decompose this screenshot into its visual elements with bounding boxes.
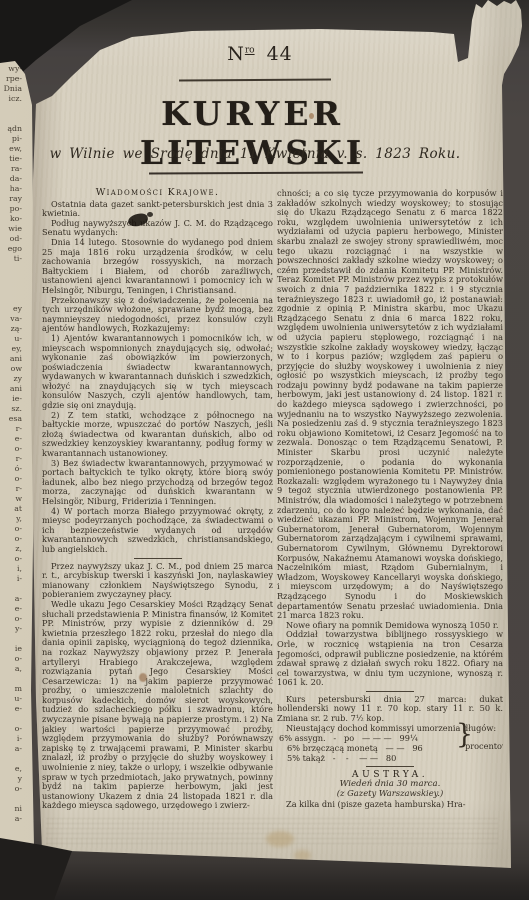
margin-fragment-line: r- (0, 484, 27, 494)
margin-fragment-line: zy (0, 374, 27, 384)
margin-fragment-line (0, 284, 27, 294)
margin-fragment-line: y, (0, 514, 27, 524)
margin-fragment-line: u- (0, 694, 27, 704)
margin-fragment-line: ow (0, 364, 27, 374)
issue-prefix: N (227, 43, 245, 65)
margin-fragment-line: ko- (0, 214, 27, 224)
margin-fragment-line: y- (0, 624, 27, 634)
margin-fragment-line: e- (0, 704, 27, 714)
margin-fragment-line: ani (0, 384, 27, 394)
right-column-part1: chności; a co się tycze przyymowania do … (277, 189, 503, 688)
margin-fragment-line: icz. (0, 94, 27, 104)
body-paragraph: Przez naywyższy ukaz J. C. M., pod dniem… (42, 562, 273, 600)
masthead-rule-bottom (149, 171, 363, 174)
margin-fragment-line: o- (0, 614, 27, 624)
margin-fragment-line: o- (0, 784, 27, 794)
margin-fragment-line: at (0, 504, 27, 514)
margin-fragment-line: ray (0, 194, 27, 204)
issue-ordinal-sup: ro (245, 46, 255, 56)
newspaper-scan: wy-rpe-Dniaicz.ądnpi-ew,tie-ra-da-ha-ray… (0, 0, 529, 900)
margin-fragment-line: Dnia (0, 84, 27, 94)
margin-fragment-line: o- (0, 474, 27, 484)
rate-line: 6% brzęczącą monetą — — 96 (279, 743, 447, 753)
margin-fragment-list: wy-rpe-Dniaicz.ądnpi-ew,tie-ra-da-ha-ray… (0, 64, 27, 834)
body-paragraph: Ostatnia data gazet sankt-petersburskich… (42, 200, 273, 219)
margin-fragment-line (0, 274, 27, 284)
margin-fragment-line: r- (0, 424, 27, 434)
margin-fragment-line: ie- (0, 394, 27, 404)
margin-fragment-line: esa (0, 414, 27, 424)
masthead-dateline: w Wilnie we Srodę dnia 11 Kwietnia v. s.… (40, 146, 470, 162)
margin-fragment-line: pi- (0, 134, 27, 144)
column-separator-rule (134, 558, 182, 559)
margin-fragment-line: zą- (0, 324, 27, 334)
margin-fragment-line: sz. (0, 404, 27, 414)
margin-fragment-line: da- (0, 174, 27, 184)
margin-fragment-line: o- (0, 554, 27, 564)
austria-source: (z Gazety Warszawskiey.) (277, 789, 503, 799)
left-column: Wiadomości Krajowe. Ostatnia data gazet … (42, 188, 273, 822)
column-separator-rule (366, 766, 414, 767)
margin-fragment-line: o- (0, 724, 27, 734)
margin-fragment-line (0, 584, 27, 594)
margin-fragment-line: z, (0, 544, 27, 554)
margin-fragment-line: rpe- (0, 74, 27, 84)
margin-fragment-line: e- (0, 604, 27, 614)
body-paragraph: 3) Bez świadectw kwarantannowych, przyym… (42, 459, 273, 507)
margin-fragment-line: tie- (0, 154, 27, 164)
margin-fragment-line: ądn (0, 124, 27, 134)
issue-number: Nro44 (140, 43, 380, 65)
margin-fragment-line: a, (0, 664, 27, 674)
austria-section: Austrya. Wiedeń dnia 30 marca. (z Gazety… (277, 770, 503, 809)
margin-fragment-line: o- (0, 534, 27, 544)
margin-fragment-line: i- (0, 574, 27, 584)
section-header-wiadomosci-krajowe: Wiadomości Krajowe. (42, 188, 273, 198)
margin-fragment-line: ó- (0, 464, 27, 474)
rate-lines: 6% assygn. - po — — — 99¼6% brzęczącą mo… (279, 733, 447, 763)
body-paragraph: 4) W portach morza Białego przyymować ok… (42, 507, 273, 555)
right-column: chności; a co się tycze przyymowania do … (277, 189, 503, 815)
issue-value: 44 (255, 43, 293, 65)
body-paragraph: Podług naywyższych ukazów J. C. M. do Rz… (42, 219, 273, 238)
ink-blot-stain-small (147, 212, 153, 217)
margin-fragment-line (0, 294, 27, 304)
main-newspaper-page: Nro44 KURYER LITEWSKI w Wilnie we Srodę … (0, 0, 529, 900)
rust-spot (309, 113, 314, 119)
margin-fragment-line: i, (0, 564, 27, 574)
body-paragraph: chności; a co się tycze przyymowania do … (277, 189, 503, 621)
margin-fragment-line: ani (0, 354, 27, 364)
left-column-part2: Przez naywyższy ukaz J. C. M., pod dniem… (42, 562, 273, 811)
body-paragraph: Oddział towarzystwa biblijnego rossyyski… (277, 630, 503, 688)
margin-fragment-line (0, 634, 27, 644)
margin-fragment-line: ie (0, 644, 27, 654)
margin-fragment-line: od- (0, 234, 27, 244)
left-column-part1: Ostatnia data gazet sankt-petersburskich… (42, 200, 273, 555)
margin-fragment-line: va- (0, 314, 27, 324)
margin-fragment-line: ego (0, 244, 27, 254)
margin-fragment-line: ha- (0, 184, 27, 194)
margin-fragment-line (0, 104, 27, 114)
body-paragraph: 1) Ajentów kwarantannowych i pomocników … (42, 334, 273, 411)
margin-fragment-line: ni (0, 804, 27, 814)
margin-fragment-line: i- (0, 734, 27, 744)
margin-fragment-line: r- (0, 454, 27, 464)
masthead-rule-top (179, 78, 331, 81)
margin-fragment-line (0, 264, 27, 274)
margin-fragment-line (0, 674, 27, 684)
margin-fragment-line: u- (0, 334, 27, 344)
margin-fragment-line: wie (0, 224, 27, 234)
rate-line: 5% takąż - - — — 80 (279, 753, 447, 763)
rate-line: 6% assygn. - po — — — 99¼ (279, 733, 447, 743)
margin-fragment-line (0, 714, 27, 724)
body-paragraph: Dnia 14 lutego. Stosownie do wydanego po… (42, 238, 273, 296)
margin-fragment-line: o- (0, 444, 27, 454)
body-paragraph: Przekonawszy się z doświadczenia, że pol… (42, 296, 273, 334)
margin-fragment-line: ra- (0, 164, 27, 174)
margin-fragment-line: ew, (0, 144, 27, 154)
body-paragraph: 2) Z tem statki, wchodzące z północnego … (42, 411, 273, 459)
margin-fragment-line: a- (0, 814, 27, 824)
margin-fragment-line (0, 794, 27, 804)
margin-fragment-line: e- (0, 434, 27, 444)
austria-paragraph: Za kilka dni (pisze gazeta hamburska) Hr… (277, 800, 503, 810)
paper-stain (294, 850, 311, 861)
margin-fragment-line: m (0, 684, 27, 694)
margin-fragment-line (0, 114, 27, 124)
paper-speck (227, 864, 232, 868)
exchange-rates-block: 6% assygn. - po — — — 99¼6% brzęczącą mo… (277, 733, 503, 763)
margin-fragment-line: ey (0, 304, 27, 314)
brace-glyph: } (456, 730, 473, 740)
margin-fragment-line: w (0, 494, 27, 504)
margin-fragment-line: ti- (0, 254, 27, 264)
margin-fragment-line (0, 754, 27, 764)
margin-fragment-line: o- (0, 654, 27, 664)
margin-fragment-line: a- (0, 594, 27, 604)
margin-fragment-line: a- (0, 744, 27, 754)
column-separator-rule (366, 691, 414, 692)
procentow-label: procentow (465, 742, 503, 752)
margin-fragment-line: y (0, 774, 27, 784)
margin-fragment-line: po- (0, 204, 27, 214)
margin-fragment-line: e, (0, 764, 27, 774)
rust-spot (139, 673, 147, 682)
margin-fragment-line: ey, (0, 344, 27, 354)
margin-fragment-line (0, 824, 27, 834)
paper-stain (266, 831, 294, 847)
margin-fragment-line: o- (0, 524, 27, 534)
body-paragraph: Wedle ukazu Jego Cesarskiey Mości Rządzą… (42, 600, 273, 811)
